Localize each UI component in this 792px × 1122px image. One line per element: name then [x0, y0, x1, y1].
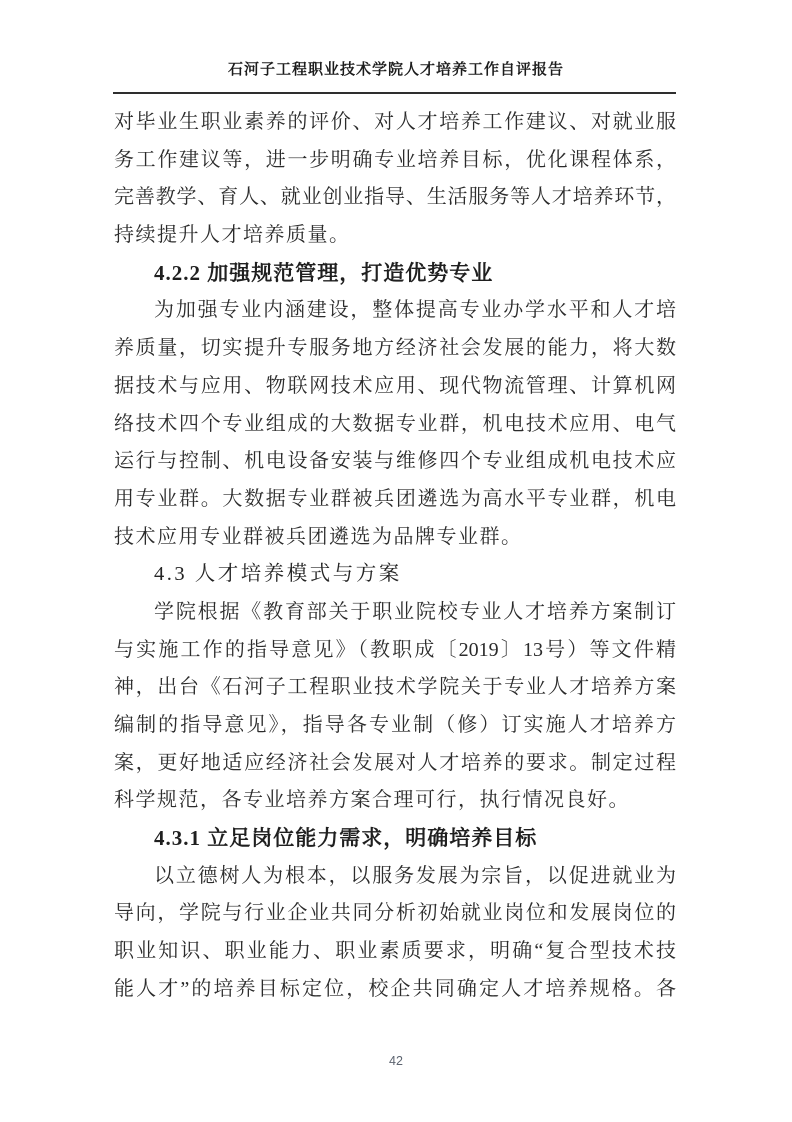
text-line: 完善教学、育人、就业创业指导、生活服务等人才培养环节，: [114, 179, 676, 217]
header-divider: [113, 92, 676, 94]
section-heading: 4.2.2 加强规范管理，打造优势专业: [114, 255, 676, 293]
text-line: 养质量，切实提升专服务地方经济社会发展的能力，将大数: [114, 330, 676, 368]
text-line: 技术应用专业群被兵团遴选为品牌专业群。: [114, 519, 676, 557]
text-line: 编制的指导意见》，指导各专业制（修）订实施人才培养方: [114, 707, 676, 745]
text-line: 与实施工作的指导意见》（教职成〔2019〕13号）等文件精: [114, 632, 676, 670]
section-heading: 4.3 人才培养模式与方案: [114, 556, 676, 594]
section-heading: 4.3.1 立足岗位能力需求，明确培养目标: [114, 820, 676, 858]
text-line: 据技术与应用、物联网技术应用、现代物流管理、计算机网: [114, 368, 676, 406]
text-line: 职业知识、职业能力、职业素质要求，明确“复合型技术技: [114, 933, 676, 971]
text-line: 学院根据《教育部关于职业院校专业人才培养方案制订: [114, 594, 676, 632]
text-line: 以立德树人为根本，以服务发展为宗旨，以促进就业为: [114, 858, 676, 896]
text-line: 神，出台《石河子工程职业技术学院关于专业人才培养方案: [114, 669, 676, 707]
text-line: 案，更好地适应经济社会发展对人才培养的要求。制定过程: [114, 745, 676, 783]
text-line: 络技术四个专业组成的大数据专业群，机电技术应用、电气: [114, 406, 676, 444]
header-title: 石河子工程职业技术学院人才培养工作自评报告: [0, 58, 792, 79]
text-line: 务工作建议等，进一步明确专业培养目标，优化课程体系，: [114, 142, 676, 180]
page-number: 42: [0, 1054, 792, 1068]
text-line: 持续提升人才培养质量。: [114, 217, 676, 255]
text-line: 为加强专业内涵建设，整体提高专业办学水平和人才培: [114, 292, 676, 330]
text-line: 对毕业生职业素养的评价、对人才培养工作建议、对就业服: [114, 104, 676, 142]
document-page: 石河子工程职业技术学院人才培养工作自评报告 对毕业生职业素养的评价、对人才培养工…: [0, 0, 792, 1122]
text-line: 用专业群。大数据专业群被兵团遴选为高水平专业群，机电: [114, 481, 676, 519]
document-body: 对毕业生职业素养的评价、对人才培养工作建议、对就业服 务工作建议等，进一步明确专…: [114, 104, 676, 1009]
text-line: 导向，学院与行业企业共同分析初始就业岗位和发展岗位的: [114, 895, 676, 933]
text-line: 科学规范，各专业培养方案合理可行，执行情况良好。: [114, 782, 676, 820]
text-line: 能人才”的培养目标定位，校企共同确定人才培养规格。各: [114, 971, 676, 1009]
text-line: 运行与控制、机电设备安装与维修四个专业组成机电技术应: [114, 443, 676, 481]
